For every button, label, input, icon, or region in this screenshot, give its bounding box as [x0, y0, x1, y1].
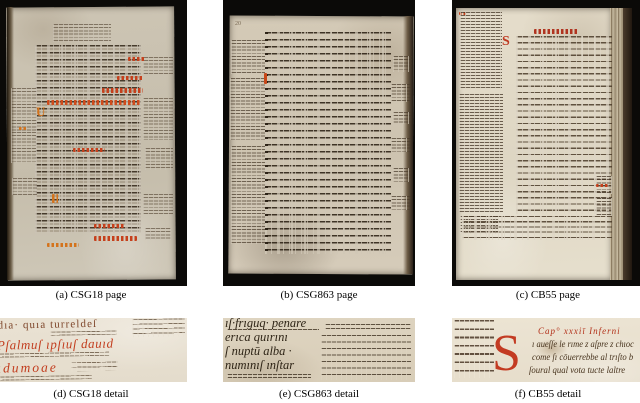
margin-gloss	[11, 88, 37, 132]
margin-gloss	[391, 196, 411, 210]
margin-gloss	[325, 324, 411, 332]
red-chapter-rubric	[534, 29, 578, 34]
margin-gloss	[143, 57, 173, 74]
margin-gloss	[231, 146, 267, 244]
caption-b: (b) CSG863 page	[223, 289, 415, 302]
initial-u: U	[36, 104, 45, 120]
detail-content: dıa· quıa turreldeſ Pſalmuſ ıpſıuſ dauıd…	[0, 318, 187, 382]
detail-csg18: dıa· quıa turreldeſ Pſalmuſ ıpſıuſ dauıd…	[0, 318, 187, 382]
margin-gloss	[145, 228, 171, 240]
margin-gloss	[459, 94, 503, 212]
red-rubric-text: ıdumoae	[0, 360, 58, 377]
manuscript-text-line: ı aueſſe le rıme z aſpre z chıoc	[532, 339, 634, 349]
detail-cb55: Cap° xxxiī Inferni S ı aueſſe le rıme z …	[452, 318, 640, 382]
manuscript-text-line: dıa· quıa turreldeſ	[0, 318, 97, 332]
red-rubric-line	[47, 243, 79, 247]
red-mark	[596, 184, 608, 187]
red-rubric-line	[117, 76, 143, 80]
text-block	[265, 32, 391, 254]
red-rubric-line	[94, 236, 137, 241]
manuscript-text-line: erıca quırını	[225, 330, 288, 345]
interlinear-gloss	[0, 375, 91, 380]
board-edge	[623, 8, 632, 280]
interlinear-gloss	[71, 362, 117, 372]
text-block	[35, 45, 141, 233]
caption-f: (f) CB55 detail	[452, 388, 640, 401]
manuscript-text-line: numınıſ ınſtar	[225, 358, 294, 373]
red-initial-mark	[52, 194, 58, 203]
red-rubric-line	[47, 100, 140, 105]
red-chapter-rubric-text: Cap° xxxiī Inferni	[538, 326, 621, 336]
caption-c: (c) CB55 page	[452, 289, 640, 302]
margin-gloss	[230, 78, 266, 140]
red-rubric-line	[102, 88, 143, 93]
caption-a: (a) CSG18 page	[0, 289, 187, 302]
caption-d: (d) CSG18 detail	[0, 388, 187, 401]
caption-e: (e) CSG863 detail	[223, 388, 415, 401]
red-rubric-line	[73, 148, 105, 152]
red-rubric-line	[94, 224, 124, 228]
interlinear-gloss	[227, 374, 311, 378]
margin-gloss	[393, 112, 411, 124]
photo-csg863-page: 20	[223, 0, 415, 286]
margin-gloss	[143, 98, 173, 140]
margin-gloss	[393, 168, 411, 182]
red-initial-mark	[19, 127, 26, 130]
manuscript-text-line: come ſı cōuerrebbe al trıſto b	[532, 352, 633, 362]
interlinear-gloss	[51, 331, 117, 336]
manuscript-text-line: ſoural qual vota tucte laltre	[529, 365, 625, 375]
margin-gloss	[391, 84, 411, 102]
red-rubric-line	[128, 57, 146, 61]
margin-gloss	[132, 318, 184, 337]
photo-cb55-page: S	[452, 0, 640, 286]
margin-gloss	[596, 198, 612, 216]
margin-gloss	[321, 335, 411, 380]
margin-gloss	[12, 178, 37, 195]
detail-csg863: ıſ·frıguq· penare erıca quırını ſ nuptū …	[223, 318, 415, 382]
margin-gloss	[391, 138, 411, 152]
margin-gloss	[11, 132, 36, 163]
red-initial-s: S	[492, 330, 521, 378]
margin-gloss	[145, 148, 173, 170]
interlinear-gloss	[0, 352, 109, 357]
margin-gloss	[393, 56, 412, 72]
verse-initials-column	[265, 32, 268, 254]
margin-gloss	[231, 40, 265, 74]
red-initial-s: S	[502, 34, 510, 50]
margin-gloss-column	[454, 320, 494, 378]
margin-gloss	[143, 194, 173, 215]
text-block	[53, 24, 111, 42]
margin-gloss	[460, 12, 502, 90]
manuscript-text-line: ſ nuptū alba ·	[225, 344, 292, 359]
folio-number: 20	[235, 21, 241, 27]
red-initial-i	[264, 73, 267, 84]
text-block-bottom	[462, 216, 612, 240]
photo-csg18-page: U	[0, 0, 187, 286]
manuscript-figure: U 20 S	[0, 0, 640, 403]
